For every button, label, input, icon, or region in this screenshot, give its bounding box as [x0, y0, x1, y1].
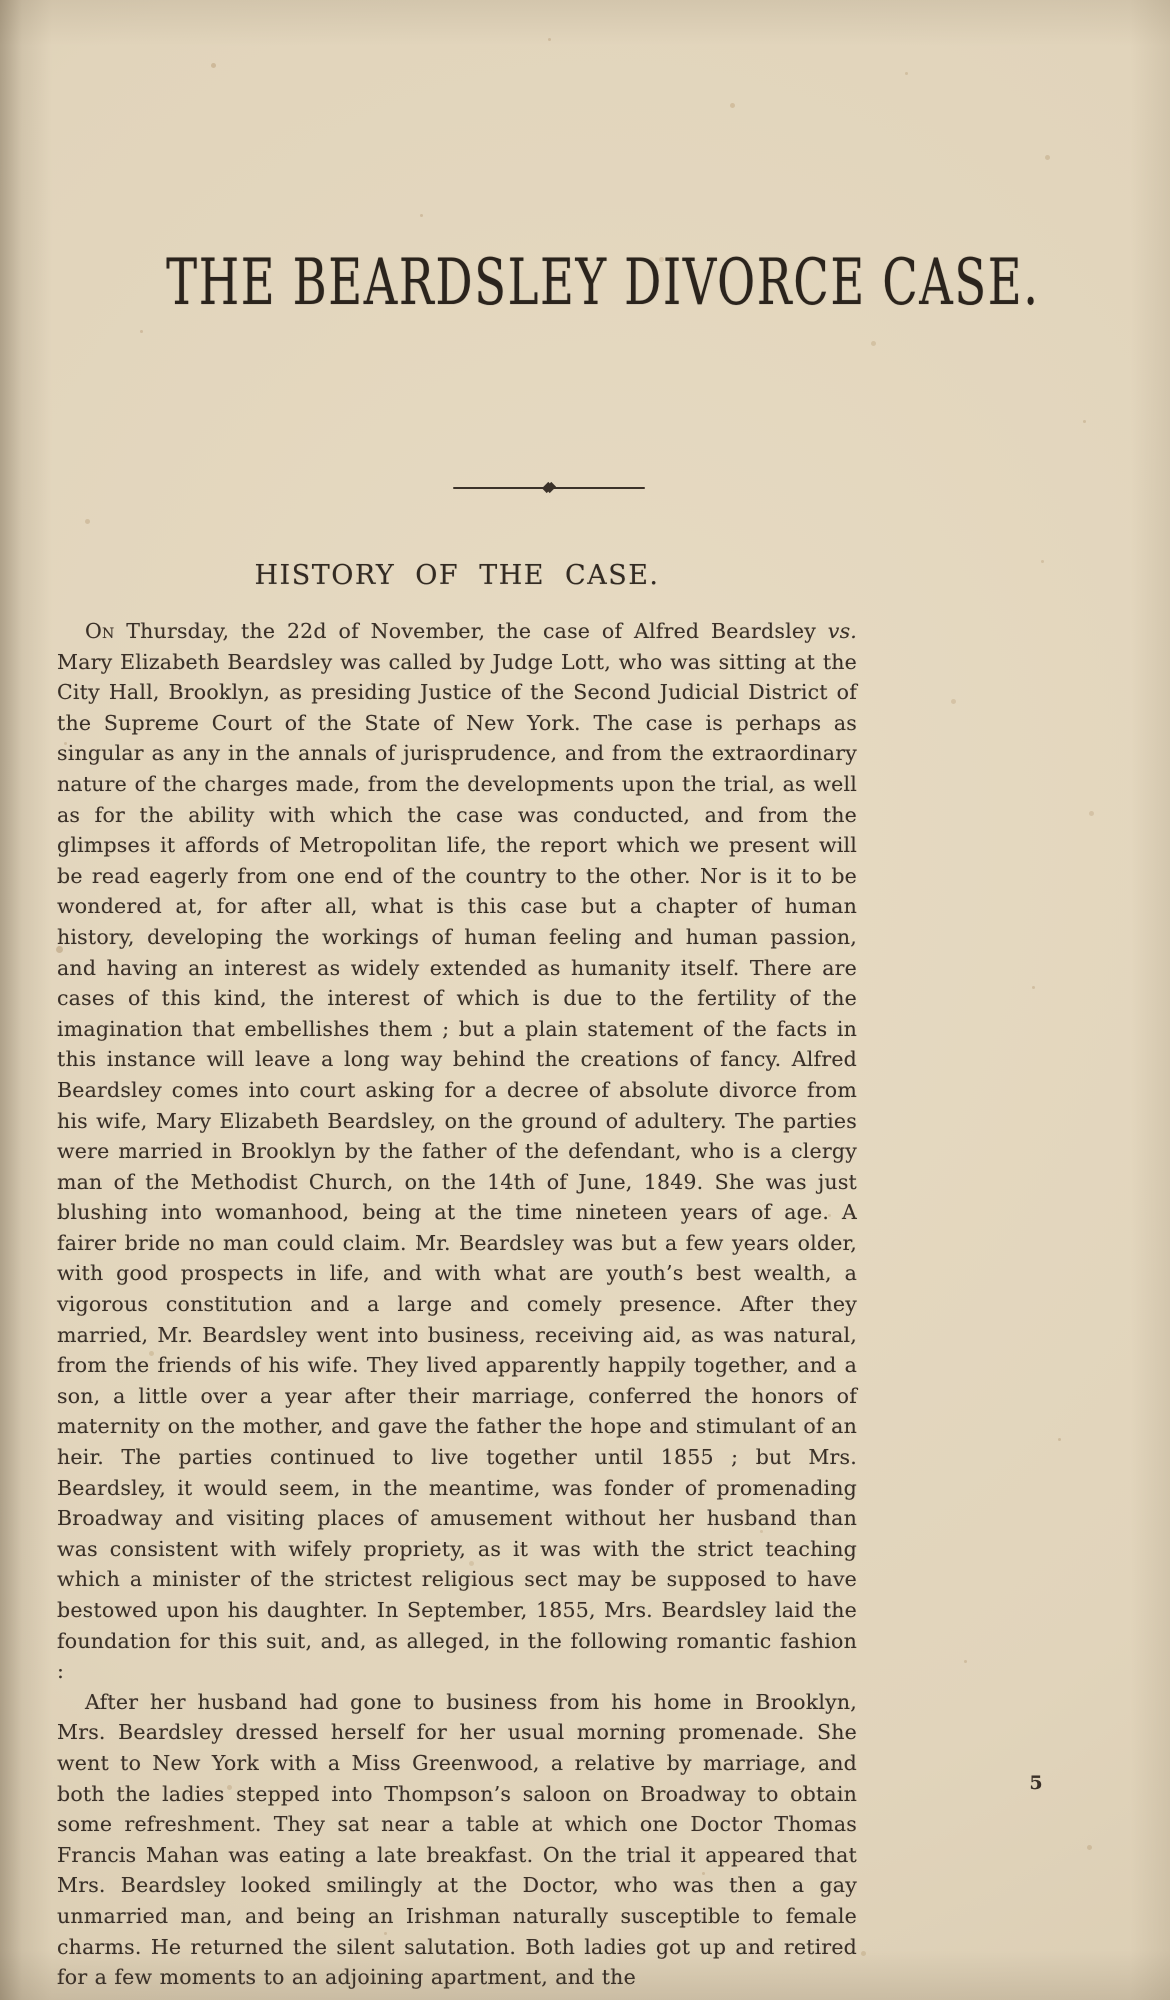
divider-rule: [453, 483, 645, 492]
divider-line-right: [553, 487, 645, 489]
divider-line-left: [453, 487, 545, 489]
section-heading: HISTORY OF THE CASE.: [57, 560, 857, 591]
body-text: On Thursday, the 22d of November, the ca…: [57, 616, 857, 1993]
book-title-text: THE BEARDSLEY DIVORCE CASE.: [166, 248, 1039, 318]
paragraph-2: After her husband had gone to business f…: [57, 1687, 857, 1993]
double-diamond-ornament-icon: [546, 483, 552, 492]
page-number: 5: [1016, 1772, 1056, 1794]
page-title: THE BEARDSLEY DIVORCE CASE.: [57, 248, 857, 312]
title-divider: [57, 483, 857, 492]
paragraph-1: On Thursday, the 22d of November, the ca…: [57, 616, 857, 1687]
